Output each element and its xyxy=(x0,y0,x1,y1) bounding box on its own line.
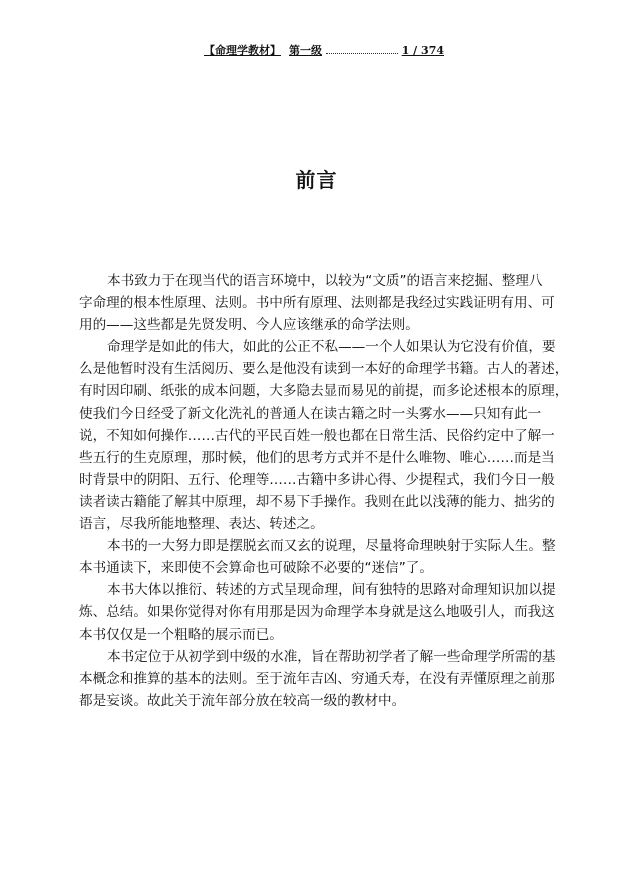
text-line: 字命理的根本性原理、法则。书中所有原理、法则都是我经过实践证明有用、可 xyxy=(79,292,571,314)
text-line: 用的——这些都是先贤发明、今人应该继承的命学法则。 xyxy=(79,314,571,336)
text-line: 本书大体以推衍、转述的方式呈现命理，间有独特的思路对命理知识加以提 xyxy=(79,579,571,601)
header-book-title: 【命理学教材】 xyxy=(204,43,281,59)
running-header: 【命理学教材】 第一级 1 / 374 xyxy=(204,42,444,58)
text-line: 本书通读下，来即使不会算命也可破除不必要的“迷信”了。 xyxy=(79,557,571,579)
header-dot-leader xyxy=(326,42,398,54)
text-line: 本书的一大努力即是摆脱玄而又玄的说理，尽量将命理映射于实际人生。整 xyxy=(79,535,571,557)
text-line: 命理学是如此的伟大，如此的公正不私——一个人如果认为它没有价值，要 xyxy=(79,336,571,358)
text-line: 语言，尽我所能地整理、表达、转述之。 xyxy=(79,513,571,535)
paragraph-1: 本书致力于在现当代的语言环境中，以较为“文质”的语言来挖掘、整理八 字命理的根本… xyxy=(79,270,571,336)
header-level: 第一级 xyxy=(289,43,322,59)
text-line: 本书仅仅是一个粗略的展示而已。 xyxy=(79,624,571,646)
paragraph-4: 本书大体以推衍、转述的方式呈现命理，间有独特的思路对命理知识加以提 炼、总结。如… xyxy=(79,579,571,645)
paragraph-3: 本书的一大努力即是摆脱玄而又玄的说理，尽量将命理映射于实际人生。整 本书通读下，… xyxy=(79,535,571,579)
body-text: 本书致力于在现当代的语言环境中，以较为“文质”的语言来挖掘、整理八 字命理的根本… xyxy=(79,270,571,712)
text-line: 么是他暂时没有生活阅历、要么是他没有读到一本好的命理学书籍。古人的著述， xyxy=(79,358,571,380)
text-line: 有时因印刷、纸张的成本问题，大多隐去显而易见的前提，而多论述根本的原理， xyxy=(79,380,571,402)
text-line: 些五行的生克原理，那时候，他们的思考方式并不是什么唯物、唯心……而是当 xyxy=(79,447,571,469)
text-line: 使我们今日经受了新文化洗礼的普通人在读古籍之时一头雾水——只知有此一 xyxy=(79,403,571,425)
header-page-number: 1 / 374 xyxy=(402,43,444,59)
text-line: 本书致力于在现当代的语言环境中，以较为“文质”的语言来挖掘、整理八 xyxy=(79,270,571,292)
text-line: 本书定位于从初学到中级的水准，旨在帮助初学者了解一些命理学所需的基 xyxy=(79,646,571,668)
text-line: 都是妄谈。故此关于流年部分放在较高一级的教材中。 xyxy=(79,690,571,712)
paragraph-2: 命理学是如此的伟大，如此的公正不私——一个人如果认为它没有价值，要 么是他暂时没… xyxy=(79,336,571,535)
page-title: 前言 xyxy=(0,166,633,194)
text-line: 炼、总结。如果你觉得对你有用那是因为命理学本身就是这么地吸引人，而我这 xyxy=(79,601,571,623)
text-line: 说，不知如何操作……古代的平民百姓一般也都在日常生活、民俗约定中了解一 xyxy=(79,425,571,447)
text-line: 本概念和推算的基本的法则。至于流年吉凶、穷通夭寿，在没有弄懂原理之前那 xyxy=(79,668,571,690)
text-line: 读者读古籍能了解其中原理，却不易下手操作。我则在此以浅薄的能力、拙劣的 xyxy=(79,491,571,513)
paragraph-5: 本书定位于从初学到中级的水准，旨在帮助初学者了解一些命理学所需的基 本概念和推算… xyxy=(79,646,571,712)
text-line: 时背景中的阴阳、五行、伦理等……古籍中多讲心得、少提程式，我们今日一般 xyxy=(79,469,571,491)
